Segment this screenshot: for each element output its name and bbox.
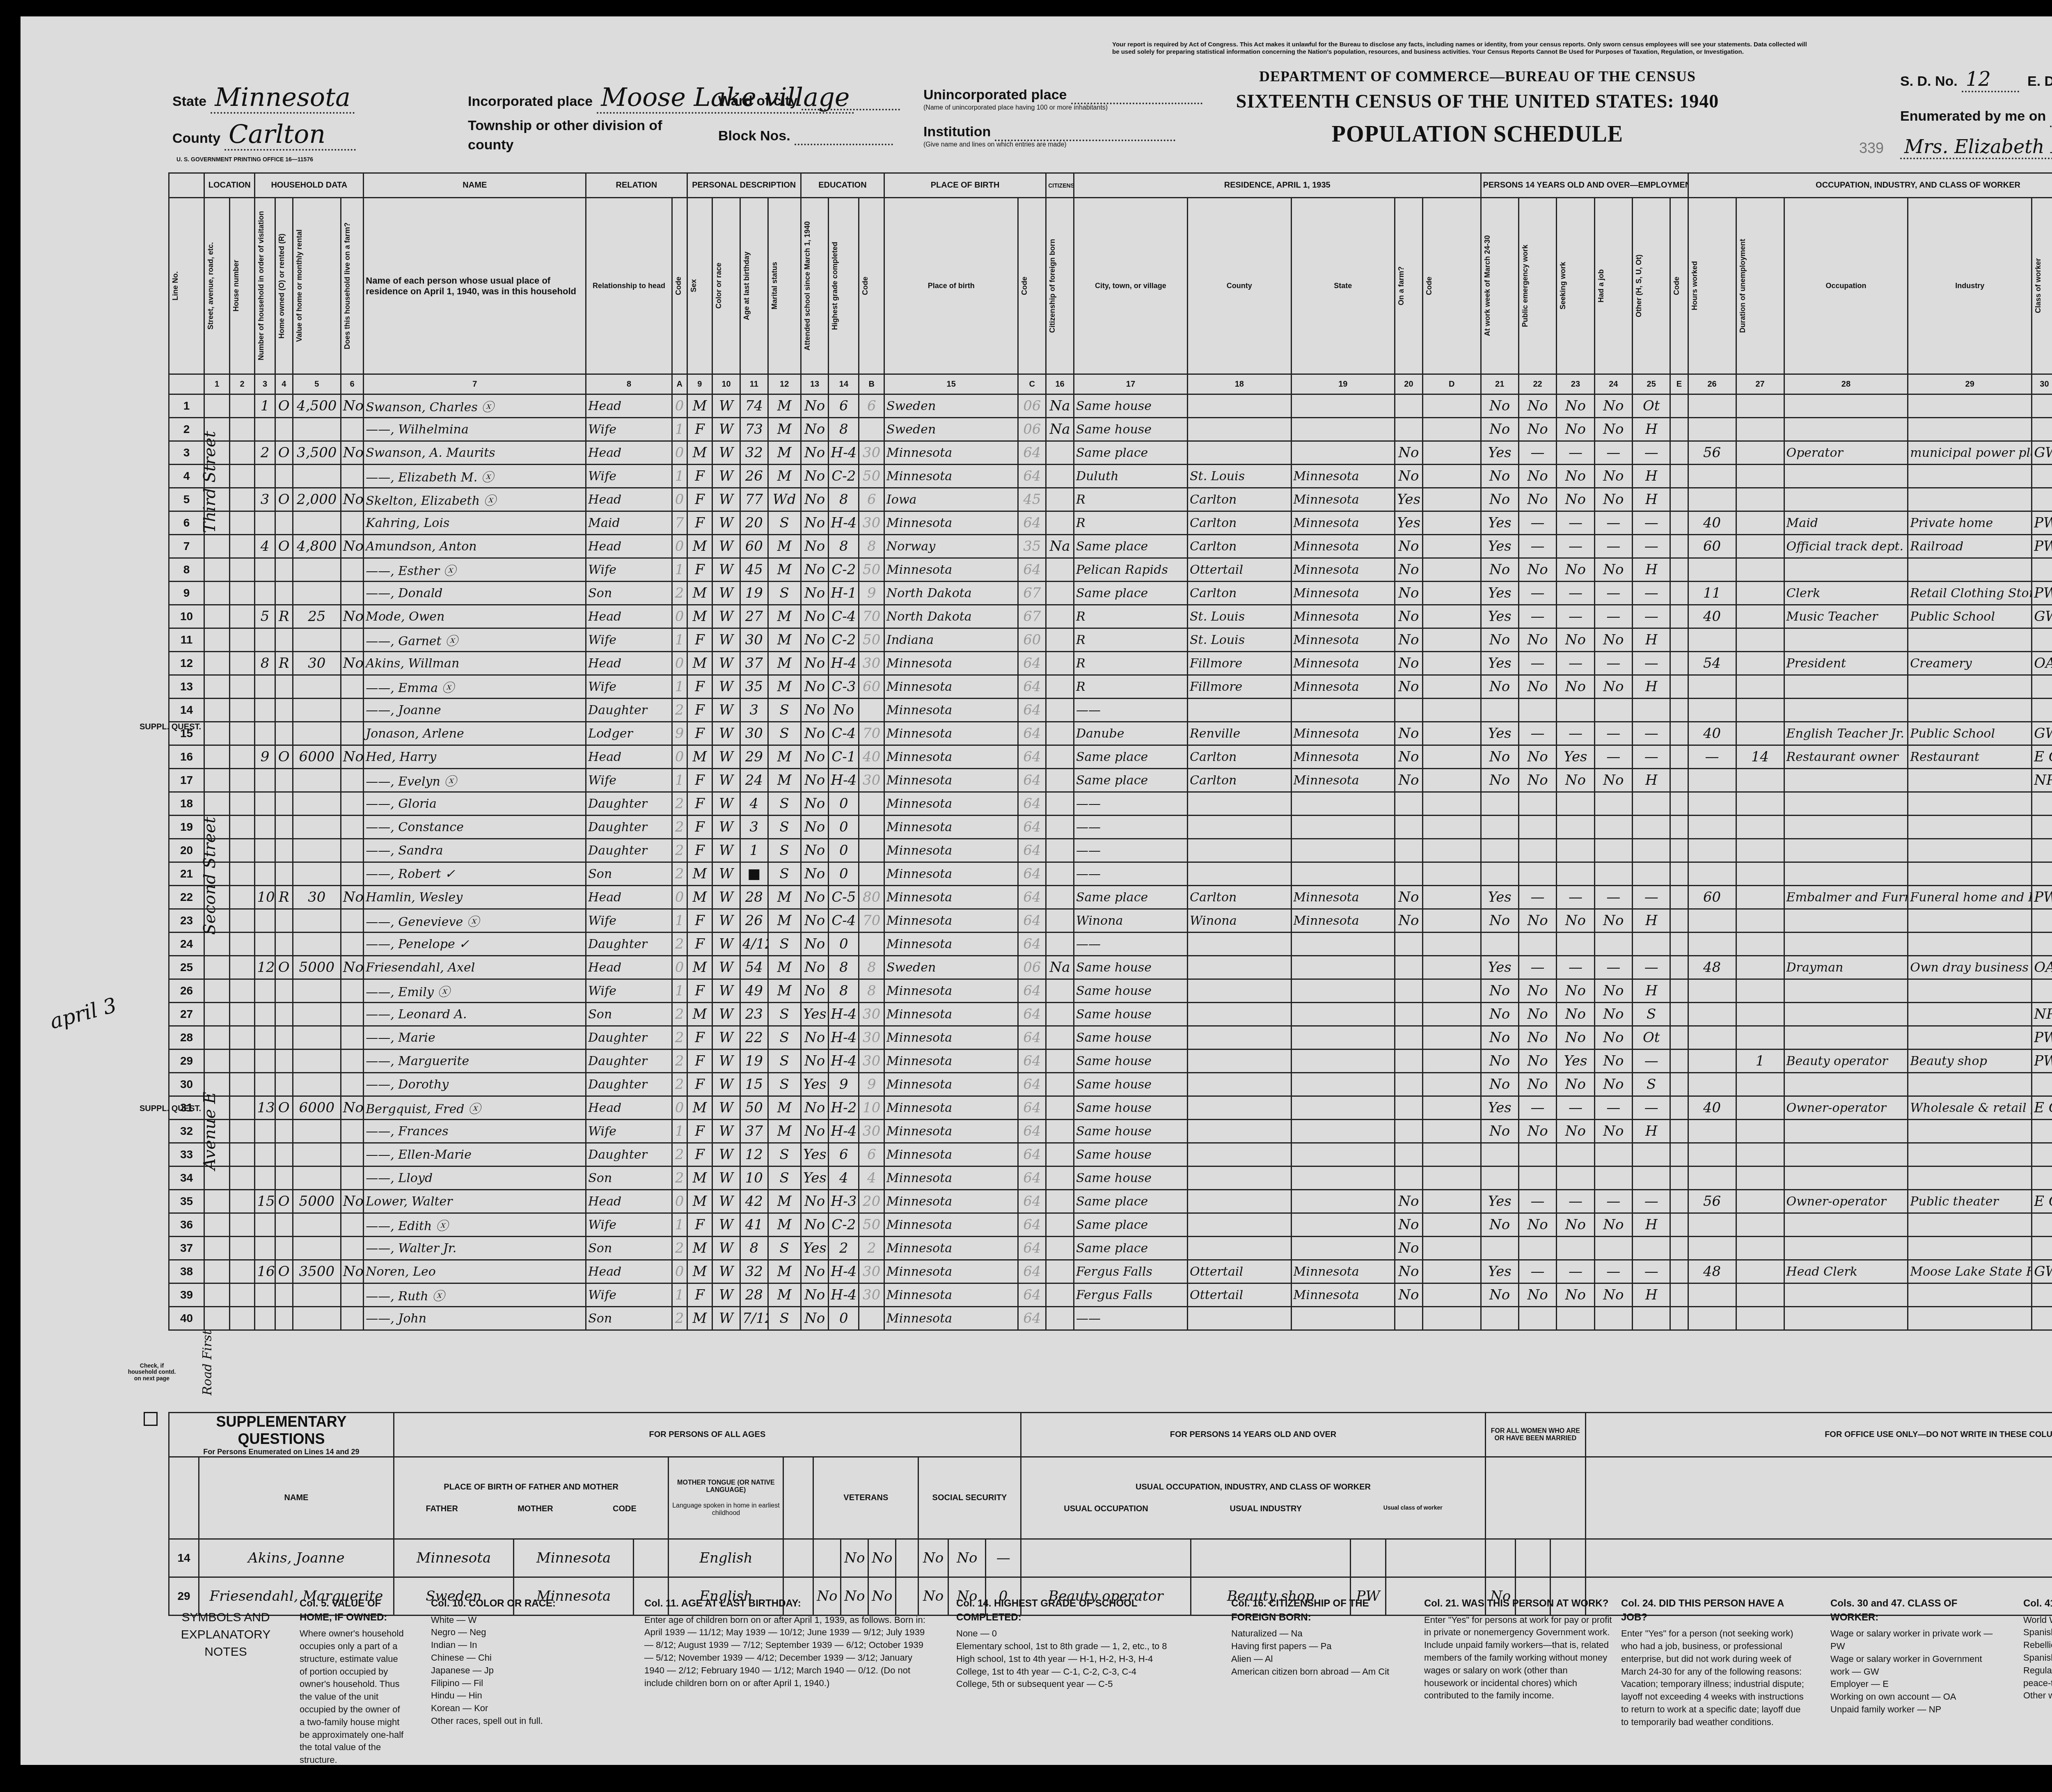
cell-code-blank <box>1670 862 1688 886</box>
cell-occ <box>1784 558 1908 582</box>
cell-c24: No <box>1594 1213 1632 1237</box>
supp-cell-code <box>634 1539 669 1577</box>
cell-res-county: St. Louis <box>1188 465 1292 488</box>
cell-birth: Minnesota <box>884 722 1018 745</box>
cell-age: 26 <box>740 465 768 488</box>
cell-c25 <box>1633 1237 1670 1260</box>
note-col5-title: Col. 5. VALUE OF HOME, IF OWNED: <box>300 1597 406 1624</box>
cell-c24: — <box>1594 652 1632 675</box>
cell-code-blank <box>1670 722 1688 745</box>
printing-office-imprint: U. S. GOVERNMENT PRINTING OFFICE 16—1157… <box>176 156 313 163</box>
census-title: SIXTEENTH CENSUS OF THE UNITED STATES: 1… <box>1149 90 1806 112</box>
cell-c22: No <box>1518 488 1556 511</box>
cell-hh <box>255 1120 275 1143</box>
cell-code-c: 64 <box>1018 886 1046 909</box>
cell-c24 <box>1594 1143 1632 1166</box>
cell-rel: Head <box>586 441 672 465</box>
cell-c22: No <box>1518 1120 1556 1143</box>
citizenship-section-header: CITIZENSHIP <box>1046 173 1074 198</box>
cell-sch: No <box>801 722 829 745</box>
cell-c27 <box>1736 792 1784 816</box>
cell-c22: No <box>1518 675 1556 699</box>
cell-c27 <box>1736 1307 1784 1330</box>
cell-mar: M <box>768 605 801 628</box>
cell-code-c: 64 <box>1018 1096 1046 1120</box>
cell-c21: No <box>1481 558 1518 582</box>
cell-mar: M <box>768 1283 801 1307</box>
cell-c23 <box>1557 1307 1594 1330</box>
cell-res-farm <box>1395 862 1423 886</box>
cell-value <box>293 979 341 1003</box>
cell-age: 27 <box>740 605 768 628</box>
cell-name: ——, Marguerite <box>364 1050 586 1073</box>
note-item: Regular establishment (Army, Navy, or Ma… <box>2023 1664 2052 1690</box>
cell-res-county: Carlton <box>1188 535 1292 558</box>
cell-c22: — <box>1518 652 1556 675</box>
cell-cls: PW <box>2032 511 2052 535</box>
cell-sch: Yes <box>801 1073 829 1096</box>
note-item: High school, 1st to 4th year — H-1, H-2,… <box>956 1653 1202 1666</box>
cell-cls: NP <box>2032 769 2052 792</box>
cell-hh <box>255 628 275 652</box>
cell-res-state <box>1291 1237 1395 1260</box>
cell-own <box>275 1073 293 1096</box>
col-number: 16 <box>1046 374 1074 394</box>
cell-ind <box>1908 465 2032 488</box>
cell-c24: — <box>1594 535 1632 558</box>
cell-ind: Restaurant <box>1908 745 2032 769</box>
cell-code-blank <box>1422 886 1481 909</box>
col-desc: On a farm? <box>1397 266 1406 305</box>
cell-grade: H-4 <box>829 1050 859 1073</box>
cell-code-c: 64 <box>1018 1213 1046 1237</box>
cell-age: 3 <box>740 699 768 722</box>
table-row: 2210R30NoHamlin, WesleyHead0MW28MNoC-580… <box>169 886 2052 909</box>
cell-cls <box>2032 1073 2052 1096</box>
cell-own <box>275 722 293 745</box>
cell-c24: No <box>1594 465 1632 488</box>
cell-value <box>293 582 341 605</box>
cell-c27 <box>1736 488 1784 511</box>
cell-cit: Na <box>1046 956 1074 979</box>
cell-value: 4,500 <box>293 394 341 418</box>
cell-code-c: 64 <box>1018 722 1046 745</box>
cell-c23: Yes <box>1557 1050 1594 1073</box>
cell-house <box>229 1190 255 1213</box>
cell-cit <box>1046 1283 1074 1307</box>
cell-house <box>229 418 255 441</box>
cell-c24 <box>1594 816 1632 839</box>
block-label: Block Nos. <box>718 128 790 144</box>
cell-value <box>293 558 341 582</box>
cell-res-county: Carlton <box>1188 511 1292 535</box>
cell-rel: Wife <box>586 909 672 933</box>
code-h-header <box>783 1457 813 1539</box>
cell-c27 <box>1736 394 1784 418</box>
supp-cell-c43: No <box>948 1539 986 1577</box>
cell-grade: 8 <box>829 488 859 511</box>
cell-grade: C-4 <box>829 722 859 745</box>
cell-house <box>229 839 255 862</box>
col-desc: City, town, or village <box>1074 198 1187 374</box>
cell-farm <box>341 558 363 582</box>
cell-c26 <box>1688 839 1736 862</box>
ed-field: E. D. No. 9-21 <box>2027 68 2052 92</box>
cell-c27 <box>1736 1213 1784 1237</box>
cell-name: Bergquist, Fred ⓧ <box>364 1096 586 1120</box>
supp-cell-father: Minnesota <box>394 1539 513 1577</box>
cell-mar: M <box>768 1260 801 1283</box>
cell-res-city: Fergus Falls <box>1074 1283 1187 1307</box>
cell-mar: M <box>768 1096 801 1120</box>
cell-occ: Operator <box>1784 441 1908 465</box>
cell-hh <box>255 792 275 816</box>
cell-code-blank <box>1670 1003 1688 1026</box>
cell-c22 <box>1518 839 1556 862</box>
cell-code-blank <box>1422 1143 1481 1166</box>
cell-hh <box>255 933 275 956</box>
cell-occ: Owner-operator <box>1784 1190 1908 1213</box>
cell-code-a: 0 <box>672 886 687 909</box>
cell-own <box>275 675 293 699</box>
institution-field: Institution (Give name and lines on whic… <box>923 121 1175 149</box>
cell-hh: 4 <box>255 535 275 558</box>
cell-res-state <box>1291 1096 1395 1120</box>
cell-cit <box>1046 605 1074 628</box>
cell-age: 20 <box>740 511 768 535</box>
cell-c25: H <box>1633 558 1670 582</box>
note-col10-title: Col. 10. COLOR OR RACE: <box>431 1597 620 1611</box>
cell-value: 6000 <box>293 745 341 769</box>
cell-own: O <box>275 956 293 979</box>
cell-own <box>275 816 293 839</box>
cell-farm: No <box>341 441 363 465</box>
cell-line: 3 <box>169 441 204 465</box>
cell-mar: S <box>768 582 801 605</box>
cell-value <box>293 1003 341 1026</box>
cell-age: 32 <box>740 1260 768 1283</box>
cell-res-county: Ottertail <box>1188 558 1292 582</box>
cell-c26: 40 <box>1688 1096 1736 1120</box>
cell-value <box>293 769 341 792</box>
census-sheet: State Minnesota County Carlton Incorpora… <box>21 16 2052 1765</box>
household-continued-checkbox[interactable] <box>144 1412 158 1426</box>
cell-hh <box>255 862 275 886</box>
cell-c26 <box>1688 1120 1736 1143</box>
cell-rel: Wife <box>586 465 672 488</box>
cell-age: 54 <box>740 956 768 979</box>
cell-c21: No <box>1481 394 1518 418</box>
cell-res-city: Same house <box>1074 979 1187 1003</box>
cell-street <box>204 1003 230 1026</box>
cell-c25 <box>1633 933 1670 956</box>
cell-c25: — <box>1633 956 1670 979</box>
cell-sex: F <box>687 1120 712 1143</box>
cell-name: ——, Emily ⓧ <box>364 979 586 1003</box>
cell-mar: M <box>768 394 801 418</box>
cell-ind <box>1908 1120 2032 1143</box>
cell-c26: 56 <box>1688 441 1736 465</box>
cell-ind: Moose Lake State Hospital <box>1908 1260 2032 1283</box>
cell-occ <box>1784 1166 1908 1190</box>
col-number: 27 <box>1736 374 1784 394</box>
col-number <box>169 374 204 394</box>
cell-code-a: 0 <box>672 745 687 769</box>
cell-line: 4 <box>169 465 204 488</box>
cell-ind: Public School <box>1908 605 2032 628</box>
cell-sex: F <box>687 699 712 722</box>
cell-rel: Head <box>586 394 672 418</box>
street-name-third: Third Street <box>200 431 219 533</box>
cell-c21 <box>1481 699 1518 722</box>
cell-sch: No <box>801 839 829 862</box>
cell-c27 <box>1736 1260 1784 1283</box>
cell-own <box>275 1120 293 1143</box>
cell-c26 <box>1688 1307 1736 1330</box>
cell-res-farm <box>1395 979 1423 1003</box>
cell-c27 <box>1736 816 1784 839</box>
cell-line: 7 <box>169 535 204 558</box>
cell-c23: — <box>1557 1190 1594 1213</box>
cell-hh <box>255 839 275 862</box>
cell-sex: M <box>687 652 712 675</box>
cell-value <box>293 1213 341 1237</box>
cell-cls <box>2032 699 2052 722</box>
cell-farm <box>341 465 363 488</box>
note-col16-title: Col. 16. CITIZENSHIP OF THE FOREIGN BORN… <box>1231 1597 1404 1624</box>
cell-c24: No <box>1594 628 1632 652</box>
cell-c27 <box>1736 886 1784 909</box>
county-field: County Carlton <box>172 119 356 151</box>
cell-code-b <box>859 933 884 956</box>
cell-occ <box>1784 1237 1908 1260</box>
cell-c27 <box>1736 558 1784 582</box>
cell-hh <box>255 722 275 745</box>
note-col41-title: Col. 41. WAR OR MILITARY SERVICE: <box>2023 1597 2052 1611</box>
cell-res-county <box>1188 1237 1292 1260</box>
cell-rel: Head <box>586 535 672 558</box>
cell-res-farm: No <box>1395 465 1423 488</box>
cell-code-b: 70 <box>859 605 884 628</box>
table-row: 13——, Emma ⓧWife1FW35MNoC-360Minnesota64… <box>169 675 2052 699</box>
cell-res-city: Pelican Rapids <box>1074 558 1187 582</box>
cell-c26 <box>1688 675 1736 699</box>
cell-res-farm <box>1395 1003 1423 1026</box>
cell-grade: 8 <box>829 956 859 979</box>
cell-code-blank <box>1422 722 1481 745</box>
cell-code-blank <box>1422 558 1481 582</box>
cell-age: 42 <box>740 1190 768 1213</box>
cell-c21: Yes <box>1481 722 1518 745</box>
cell-grade: H-4 <box>829 1283 859 1307</box>
street-name-second: Second Street <box>200 817 219 935</box>
cell-race: W <box>712 909 740 933</box>
cell-race: W <box>712 745 740 769</box>
cell-res-farm: No <box>1395 582 1423 605</box>
cell-c21: No <box>1481 675 1518 699</box>
cell-c21: Yes <box>1481 441 1518 465</box>
note-item: Wage or salary worker in private work — … <box>1830 1627 2003 1653</box>
note-item: Other races, spell out in full. <box>431 1715 620 1728</box>
cell-c27 <box>1736 465 1784 488</box>
cell-res-state <box>1291 933 1395 956</box>
cell-code-blank <box>1670 1073 1688 1096</box>
cell-rel: Daughter <box>586 699 672 722</box>
cell-grade: 0 <box>829 1307 859 1330</box>
cell-cls <box>2032 816 2052 839</box>
cell-code-c: 64 <box>1018 745 1046 769</box>
cell-c26 <box>1688 933 1736 956</box>
column-description-row: Line No. Street, avenue, road, etc. Hous… <box>169 198 2052 374</box>
cell-code-b: 20 <box>859 1190 884 1213</box>
cell-code-blank <box>1670 792 1688 816</box>
cell-sch: No <box>801 792 829 816</box>
cell-code-blank <box>1670 675 1688 699</box>
col-desc: Code <box>674 277 683 295</box>
cell-res-city: Danube <box>1074 722 1187 745</box>
cell-res-state <box>1291 1120 1395 1143</box>
col-number: 4 <box>275 374 293 394</box>
cell-race: W <box>712 1143 740 1166</box>
cell-farm <box>341 839 363 862</box>
cell-res-farm: Yes <box>1395 511 1423 535</box>
cell-code-a: 1 <box>672 979 687 1003</box>
table-row: 74O4,800NoAmundson, AntonHead0MW60MNo88N… <box>169 535 2052 558</box>
cell-res-farm <box>1395 792 1423 816</box>
cell-line: 6 <box>169 511 204 535</box>
cell-cit <box>1046 511 1074 535</box>
cell-grade: H-4 <box>829 1026 859 1050</box>
cell-mar: M <box>768 418 801 441</box>
cell-own <box>275 1026 293 1050</box>
cell-grade: H-3 <box>829 1190 859 1213</box>
cell-cit <box>1046 862 1074 886</box>
cell-ind <box>1908 418 2032 441</box>
parents-header-text: PLACE OF BIRTH OF FATHER AND MOTHER <box>396 1483 666 1492</box>
cell-mar: S <box>768 1143 801 1166</box>
cell-birth: Minnesota <box>884 979 1018 1003</box>
cell-ind: Funeral home and Furniture store <box>1908 886 2032 909</box>
cell-street <box>204 1283 230 1307</box>
cell-hh: 10 <box>255 886 275 909</box>
cell-farm <box>341 722 363 745</box>
cell-rel: Head <box>586 1260 672 1283</box>
cell-own: O <box>275 441 293 465</box>
cell-value <box>293 909 341 933</box>
cell-c22: — <box>1518 956 1556 979</box>
cell-name: ——, Ruth ⓧ <box>364 1283 586 1307</box>
cell-code-blank <box>1422 792 1481 816</box>
supp-cell-blank <box>1585 1539 2052 1577</box>
cell-res-state <box>1291 1003 1395 1026</box>
cell-code-blank <box>1422 1260 1481 1283</box>
note-item: Korean — Kor <box>431 1702 620 1715</box>
cell-grade: H-4 <box>829 1260 859 1283</box>
col-number: 14 <box>829 374 859 394</box>
cell-code-b: 50 <box>859 465 884 488</box>
line-header <box>169 173 204 198</box>
cell-res-county: Fillmore <box>1188 675 1292 699</box>
col-desc: Hours worked <box>1690 261 1699 310</box>
cell-age: 30 <box>740 628 768 652</box>
cell-grade: 8 <box>829 535 859 558</box>
col-desc: Other (H, S, U, Ot) <box>1635 254 1643 317</box>
cell-code-blank <box>1670 839 1688 862</box>
table-row: 19——, ConstanceDaughter2FW3SNo0Minnesota… <box>169 816 2052 839</box>
cell-own: R <box>275 605 293 628</box>
cell-hh <box>255 1026 275 1050</box>
cell-res-farm <box>1395 1166 1423 1190</box>
cell-name: ——, Gloria <box>364 792 586 816</box>
cell-value <box>293 1120 341 1143</box>
col-number: 17 <box>1074 374 1187 394</box>
cell-farm <box>341 1050 363 1073</box>
cell-grade: H-1 <box>829 582 859 605</box>
cell-farm: No <box>341 1260 363 1283</box>
cell-grade: H-2 <box>829 1096 859 1120</box>
cell-name: ——, Genevieve ⓧ <box>364 909 586 933</box>
cell-name: Noren, Leo <box>364 1260 586 1283</box>
cell-race: W <box>712 1213 740 1237</box>
cell-name: ——, Ellen-Marie <box>364 1143 586 1166</box>
cell-res-city: Same place <box>1074 441 1187 465</box>
cell-c22: — <box>1518 605 1556 628</box>
usual-ind-header: USUAL INDUSTRY <box>1230 1504 1302 1514</box>
cell-res-city: Same place <box>1074 1213 1187 1237</box>
table-row: 29——, MargueriteDaughter2FW19SNoH-430Min… <box>169 1050 2052 1073</box>
cell-mar: M <box>768 652 801 675</box>
cell-hh: 15 <box>255 1190 275 1213</box>
cell-ind <box>1908 1026 2032 1050</box>
cell-rel: Daughter <box>586 1143 672 1166</box>
cell-res-city: Same place <box>1074 886 1187 909</box>
cell-c27 <box>1736 1096 1784 1120</box>
cell-code-b: 80 <box>859 886 884 909</box>
cell-res-city: R <box>1074 675 1187 699</box>
cell-sex: F <box>687 1213 712 1237</box>
cell-race: W <box>712 1237 740 1260</box>
cell-house <box>229 652 255 675</box>
cell-birth: Minnesota <box>884 441 1018 465</box>
cell-ind: Private home <box>1908 511 2032 535</box>
cell-occ: English Teacher Jr. High <box>1784 722 1908 745</box>
cell-res-city: Same house <box>1074 1166 1187 1190</box>
cell-code-blank <box>1670 558 1688 582</box>
cell-mar: M <box>768 675 801 699</box>
cell-code-a: 0 <box>672 605 687 628</box>
col-number: 5 <box>293 374 341 394</box>
cell-cit: Na <box>1046 418 1074 441</box>
cell-res-city: R <box>1074 488 1187 511</box>
supplementary-row: 14Akins, JoanneMinnesotaMinnesotaEnglish… <box>169 1539 2052 1577</box>
cell-value: 2,000 <box>293 488 341 511</box>
cell-c26 <box>1688 979 1736 1003</box>
cell-c27 <box>1736 628 1784 652</box>
col-desc: Number of household in order of visitati… <box>257 211 266 360</box>
cell-own: O <box>275 1190 293 1213</box>
margin-date-note: april 3 <box>47 993 119 1034</box>
cell-grade: C-2 <box>829 1213 859 1237</box>
cell-own <box>275 628 293 652</box>
cell-birth: Minnesota <box>884 1050 1018 1073</box>
cell-code-blank <box>1670 1143 1688 1166</box>
cell-occ: Beauty operator <box>1784 1050 1908 1073</box>
cell-res-farm: No <box>1395 1260 1423 1283</box>
cell-c27 <box>1736 722 1784 745</box>
cell-c24: No <box>1594 418 1632 441</box>
cell-birth: Minnesota <box>884 1026 1018 1050</box>
cell-cls <box>2032 1120 2052 1143</box>
